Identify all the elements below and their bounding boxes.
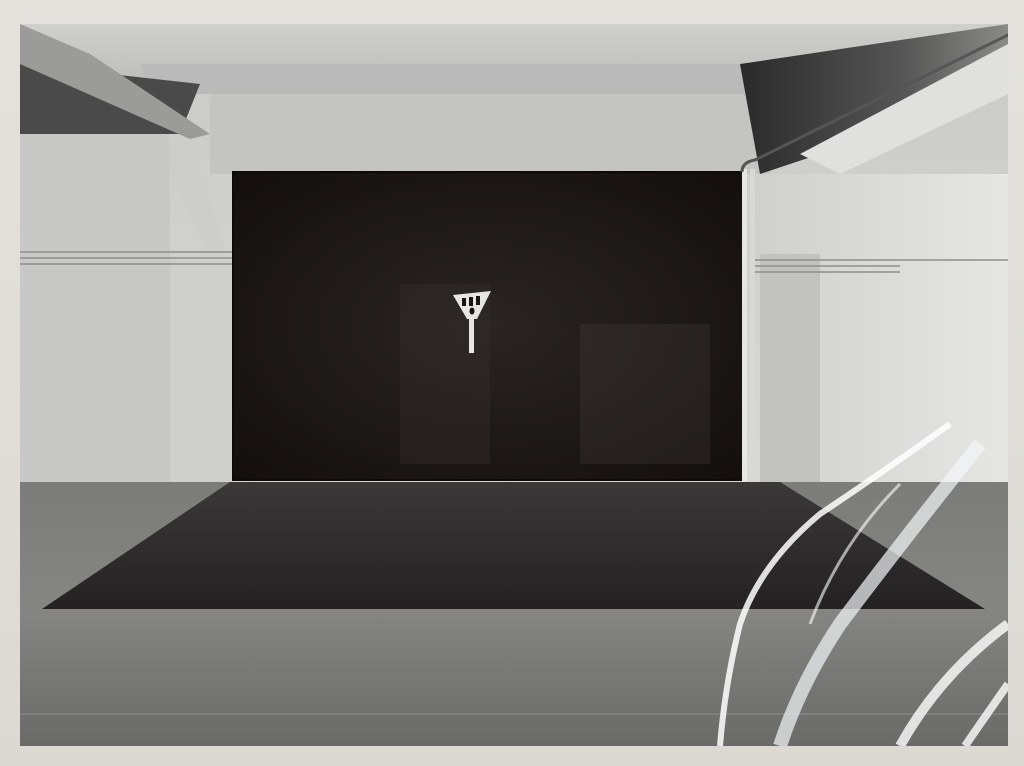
- left-pillar: [170, 249, 232, 484]
- scene: [20, 24, 1008, 746]
- floor-front: [20, 609, 1008, 746]
- right-pillar: [760, 254, 820, 484]
- ceiling-beam: [140, 64, 840, 94]
- photograph: [20, 24, 1008, 746]
- photo-print-border: [0, 0, 1024, 766]
